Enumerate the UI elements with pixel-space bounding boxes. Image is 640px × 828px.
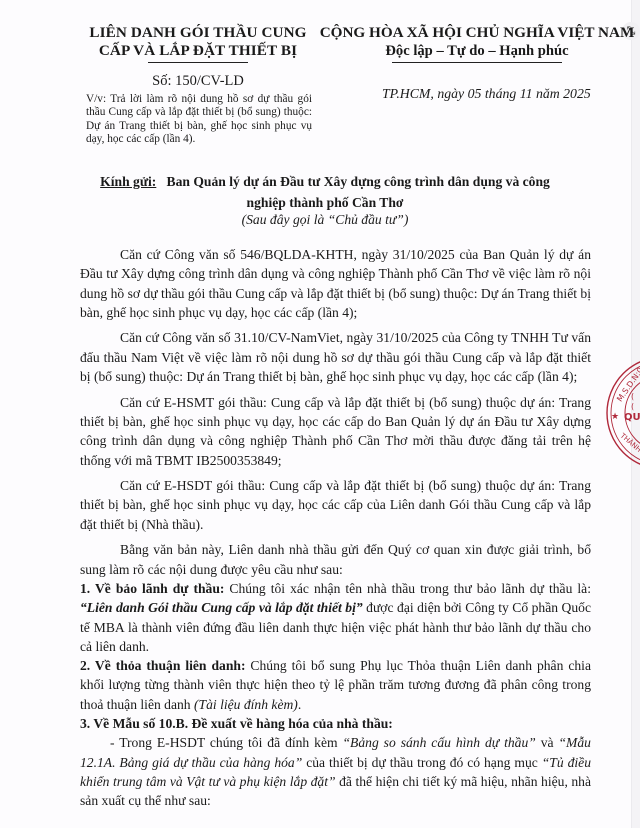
section-2-end: .: [298, 697, 301, 712]
issuer-header: LIÊN DANH GÓI THẦU CUNG CẤP VÀ LẮP ĐẶT T…: [86, 24, 310, 63]
recipient-label: Kính gửi:: [100, 174, 156, 189]
paragraph-basis-1: Căn cứ Công văn số 546/BQLDA-KHTH, ngày …: [80, 245, 591, 322]
header-underline: [148, 62, 248, 63]
motto-underline: [392, 62, 562, 63]
section-3-text-a: - Trong E-HSDT chúng tôi đã đính kèm: [110, 735, 343, 750]
svg-text:M.S.D.N:0: M.S.D.N:0: [615, 366, 640, 404]
svg-text:★: ★: [611, 412, 619, 422]
national-header: CỘNG HÒA XÃ HỘI CHỦ NGHĨA VIỆT NAM Độc l…: [318, 24, 636, 63]
svg-text:QU: QU: [624, 412, 640, 423]
paragraph-basis-4: Căn cứ E-HSDT gói thầu: Cung cấp và lắp …: [80, 476, 591, 534]
section-1-emphasis: “Liên danh Gói thầu Cung cấp và lắp đặt …: [80, 600, 363, 615]
section-2-heading: 2. Về thỏa thuận liên danh:: [80, 658, 245, 673]
section-goods-proposal: - Trong E-HSDT chúng tôi đã đính kèm “Bả…: [80, 733, 591, 810]
paragraph-basis-2: Căn cứ Công văn số 31.10/CV-NamViet, ngà…: [80, 328, 591, 386]
document-number: Số: 150/CV-LD: [86, 73, 310, 90]
section-bid-guarantee: 1. Về bảo lãnh dự thầu: Chúng tôi xác nh…: [80, 579, 591, 656]
national-motto: Độc lập – Tự do – Hạnh phúc: [318, 42, 636, 60]
section-3-ref-comparison: “Bảng so sánh cấu hình dự thầu”: [343, 735, 536, 750]
nation-title: CỘNG HÒA XÃ HỘI CHỦ NGHĨA VIỆT NAM: [318, 24, 636, 42]
section-2-attachment: (Tài liệu đính kèm): [194, 697, 298, 712]
issuer-name-line1: LIÊN DANH GÓI THẦU CUNG: [86, 24, 310, 42]
date-line: TP.HCM, ngày 05 tháng 11 năm 2025: [382, 86, 640, 102]
section-3-heading: 3. Về Mẫu số 10.B. Đề xuất về hàng hóa c…: [80, 716, 393, 731]
issuer-name-line2: CẤP VÀ LẮP ĐẶT THIẾT BỊ: [86, 42, 310, 60]
paragraph-intro: Bằng văn bản này, Liên danh nhà thầu gửi…: [80, 540, 591, 579]
section-1-text-a: Chúng tôi xác nhận tên nhà thầu trong th…: [224, 581, 591, 596]
section-joint-venture: 2. Về thỏa thuận liên danh: Chúng tôi bổ…: [80, 656, 591, 714]
svg-text:(: (: [631, 392, 634, 401]
recipient-alias: (Sau đây gọi là “Chủ đầu tư”): [80, 212, 570, 228]
letter-body: Căn cứ Công văn số 546/BQLDA-KHTH, ngày …: [80, 245, 591, 811]
recipient-name: Ban Quản lý dự án Đầu tư Xây dựng công t…: [167, 174, 550, 210]
company-seal-stamp: M.S.D.N:0 ★ QU THÀNH ( (: [605, 355, 640, 475]
section-3-heading-line: 3. Về Mẫu số 10.B. Đề xuất về hàng hóa c…: [80, 714, 591, 733]
section-1-heading: 1. Về bảo lãnh dự thầu:: [80, 581, 224, 596]
recipient-block: Kính gửi: Ban Quản lý dự án Đầu tư Xây d…: [80, 171, 570, 213]
section-3-text-c: của thiết bị dự thầu trong đó có hạng mụ…: [302, 755, 541, 770]
document-subject: V/v: Trả lời làm rõ nội dung hồ sơ dự th…: [86, 93, 312, 147]
paragraph-basis-3: Căn cứ E-HSMT gói thầu: Cung cấp và lắp …: [80, 393, 591, 470]
document-page: ⤡ LIÊN DANH GÓI THẦU CUNG CẤP VÀ LẮP ĐẶT…: [0, 0, 640, 828]
svg-text:(: (: [631, 402, 634, 411]
section-3-text-b: và: [536, 735, 559, 750]
